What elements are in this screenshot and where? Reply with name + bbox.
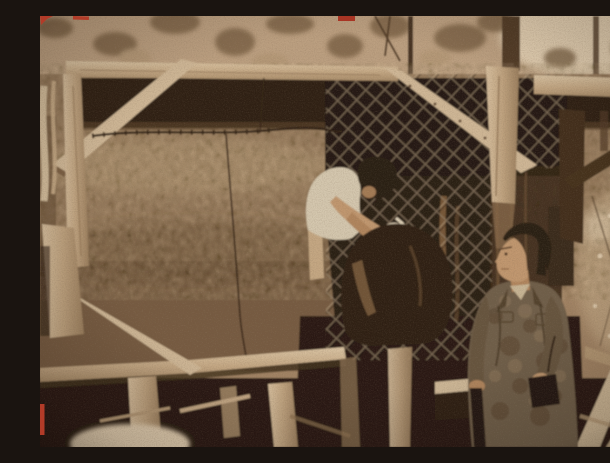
red-mark-left-edge (40, 404, 45, 435)
photograph (40, 16, 610, 447)
red-mark-top-a (73, 16, 89, 20)
red-mark-top-b (338, 16, 355, 21)
vignette (40, 16, 610, 447)
photo-canvas (40, 16, 610, 447)
